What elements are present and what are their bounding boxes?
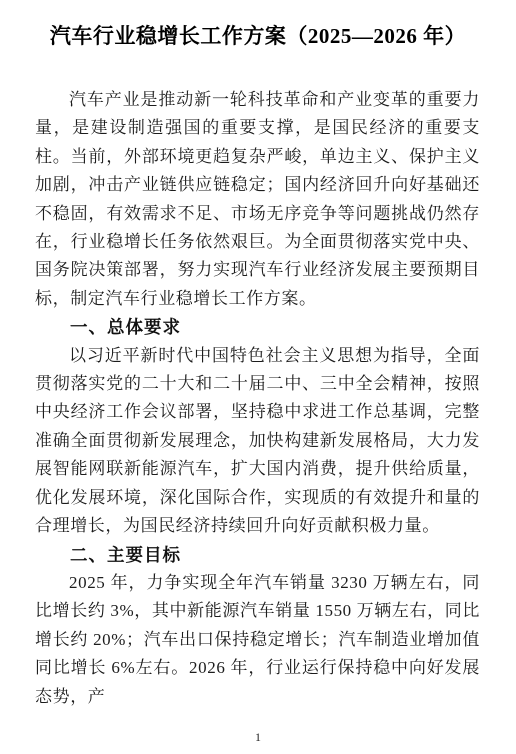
paragraph-intro: 汽车产业是推动新一轮科技革命和产业变革的重要力量，是建设制造强国的重要支撑，是国… [35,86,480,313]
document-body: 汽车产业是推动新一轮科技革命和产业变革的重要力量，是建设制造强国的重要支撑，是国… [35,86,480,711]
document-title: 汽车行业稳增长工作方案（2025—2026 年） [36,22,480,50]
paragraph-main-goals: 2025 年，力争实现全年汽车销量 3230 万辆左右，同比增长约 3%，其中新… [35,569,480,711]
document-page: 汽车行业稳增长工作方案（2025—2026 年） 汽车产业是推动新一轮科技革命和… [0,0,516,754]
section-heading-main-goals: 二、主要目标 [35,541,480,569]
paragraph-overall-requirements: 以习近平新时代中国特色社会主义思想为指导，全面贯彻落实党的二十大和二十届二中、三… [35,342,480,541]
section-heading-overall-requirements: 一、总体要求 [35,313,480,341]
page-number: 1 [0,730,516,745]
